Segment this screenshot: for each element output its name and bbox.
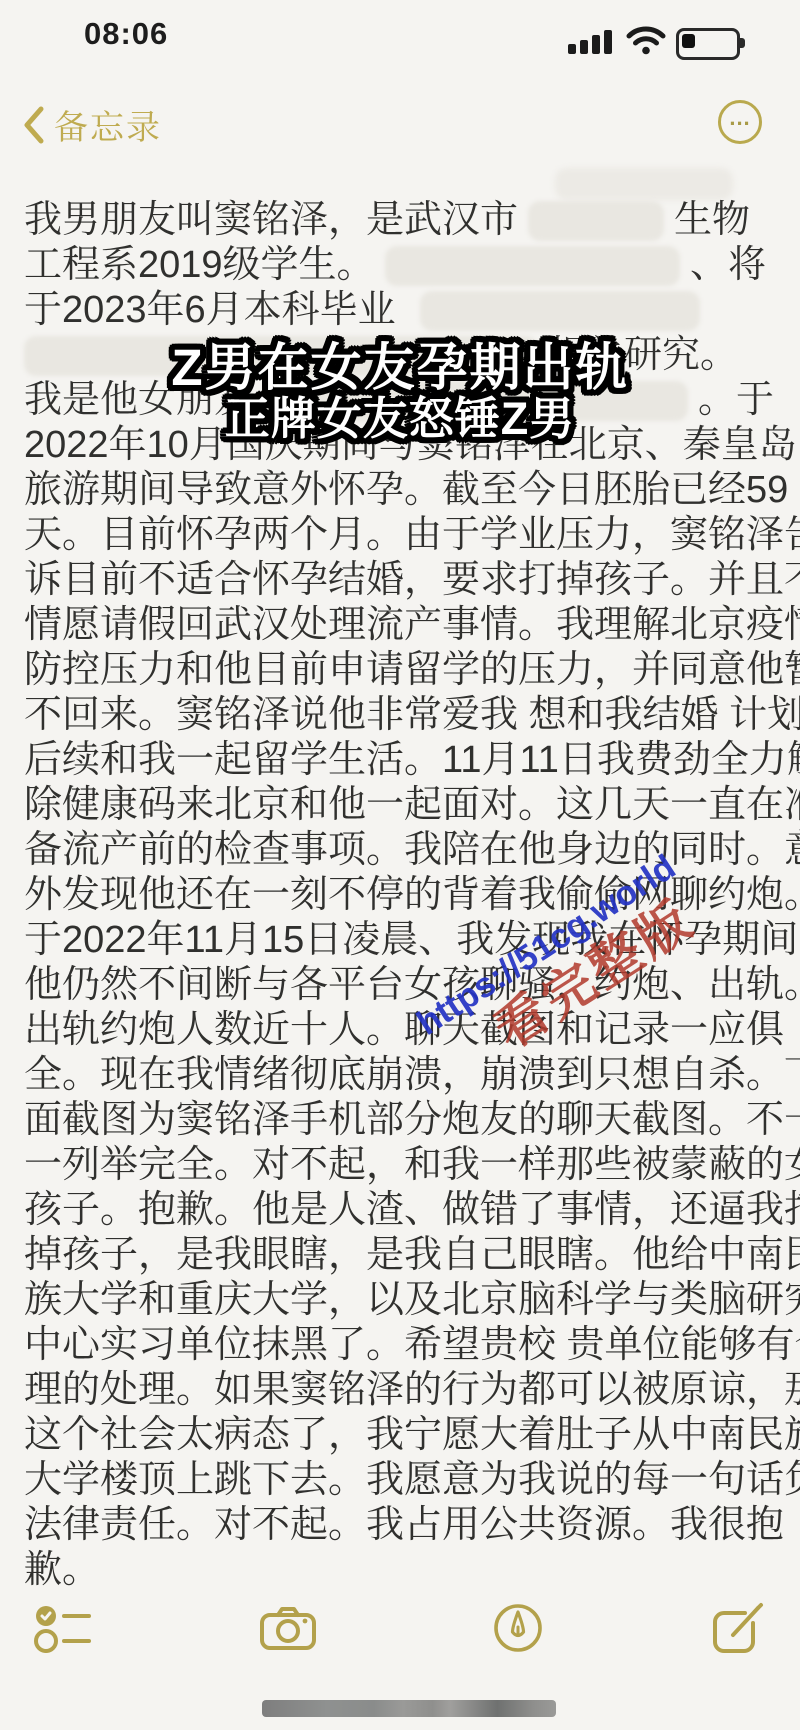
compose-button[interactable] <box>706 1600 770 1656</box>
note-line: 族大学和重庆大学，以及北京脑科学与类脑研究 <box>24 1278 780 1323</box>
home-indicator[interactable] <box>262 1700 556 1717</box>
back-chevron-icon <box>22 106 44 144</box>
compose-icon <box>711 1601 765 1655</box>
wifi-icon <box>626 25 666 55</box>
back-label: 备忘录 <box>54 100 162 149</box>
markup-button[interactable] <box>486 1600 550 1656</box>
redaction-blob <box>528 201 664 241</box>
note-text: 、将 <box>690 243 766 288</box>
battery-level <box>682 34 695 48</box>
note-line: 不回来。窦铭泽说他非常爱我 想和我结婚 计划 <box>24 693 780 738</box>
note-line: 孩子。抱歉。他是人渣、做错了事情，还逼我打 <box>24 1188 780 1233</box>
cellular-signal-icon <box>568 28 618 54</box>
note-line: 面截图为窦铭泽手机部分炮友的聊天截图。不一 <box>24 1098 780 1143</box>
note-line: 旅游期间导致意外怀孕。截至今日胚胎已经59 <box>24 468 780 513</box>
note-text: 生物 <box>674 198 750 243</box>
checklist-icon <box>33 1603 95 1653</box>
redaction-blob <box>420 291 700 331</box>
note-line: 后续和我一起留学生活。11月11日我费劲全力解 <box>24 738 780 783</box>
checklist-button[interactable] <box>32 1600 96 1656</box>
note-line: 歉。 <box>24 1548 780 1593</box>
redaction-blob <box>555 168 733 200</box>
note-line-redacted: 工程系2019级学生。 、将 <box>24 243 780 288</box>
note-line: 全。现在我情绪彻底崩溃，崩溃到只想自杀。下 <box>24 1053 780 1098</box>
note-line: 法律责任。对不起。我占用公共资源。我很抱 <box>24 1503 780 1548</box>
note-line: 除健康码来北京和他一起面对。这几天一直在准 <box>24 783 780 828</box>
caption-overlay-line2: 正牌女友怒锤Z男 <box>0 382 800 447</box>
camera-icon <box>259 1605 317 1651</box>
note-line: 出轨约炮人数近十人。聊天截图和记录一应俱 <box>24 1008 780 1053</box>
note-lines: 2022年10月国庆期间与窦铭泽在北京、秦皇岛旅游期间导致意外怀孕。截至今日胚胎… <box>24 423 780 1593</box>
note-text: 工程系2019级学生。 <box>24 243 375 288</box>
note-line: 中心实习单位抹黑了。希望贵校 贵单位能够有合 <box>24 1323 780 1368</box>
ellipsis-icon: ... <box>729 113 750 131</box>
note-line: 防控压力和他目前申请留学的压力，并同意他暂 <box>24 648 780 693</box>
camera-button[interactable] <box>256 1600 320 1656</box>
toolbar <box>0 1592 800 1662</box>
more-button[interactable]: ... <box>718 100 762 144</box>
note-line: 情愿请假回武汉处理流产事情。我理解北京疫情 <box>24 603 780 648</box>
clock-label: 08:06 <box>84 16 168 52</box>
note-line: 这个社会太病态了，我宁愿大着肚子从中南民族 <box>24 1413 780 1458</box>
note-line: 掉孩子，是我眼瞎，是我自己眼瞎。他给中南民 <box>24 1233 780 1278</box>
note-text: 我男朋友叫窦铭泽，是武汉市 <box>24 198 518 243</box>
note-line: 大学楼顶上跳下去。我愿意为我说的每一句话负 <box>24 1458 780 1503</box>
note-line: 天。目前怀孕两个月。由于学业压力，窦铭泽告 <box>24 513 780 558</box>
note-line: 诉目前不适合怀孕结婚，要求打掉孩子。并且不 <box>24 558 780 603</box>
note-line: 一列举完全。对不起，和我一样那些被蒙蔽的女 <box>24 1143 780 1188</box>
note-line: 理的处理。如果窦铭泽的行为都可以被原谅，那 <box>24 1368 780 1413</box>
note-line: 他仍然不间断与各平台女孩聊骚，约炮、出轨。 <box>24 963 780 1008</box>
note-line-redacted: 我男朋友叫窦铭泽，是武汉市 生物 <box>24 198 780 243</box>
markup-pen-icon <box>492 1602 544 1654</box>
redaction-blob <box>385 246 680 286</box>
back-button[interactable]: 备忘录 <box>22 100 162 149</box>
battery-icon <box>676 28 740 60</box>
notes-app-screen: 08:06 备忘录 ... 我男朋友叫窦铭泽，是武汉市 <box>0 0 800 1730</box>
